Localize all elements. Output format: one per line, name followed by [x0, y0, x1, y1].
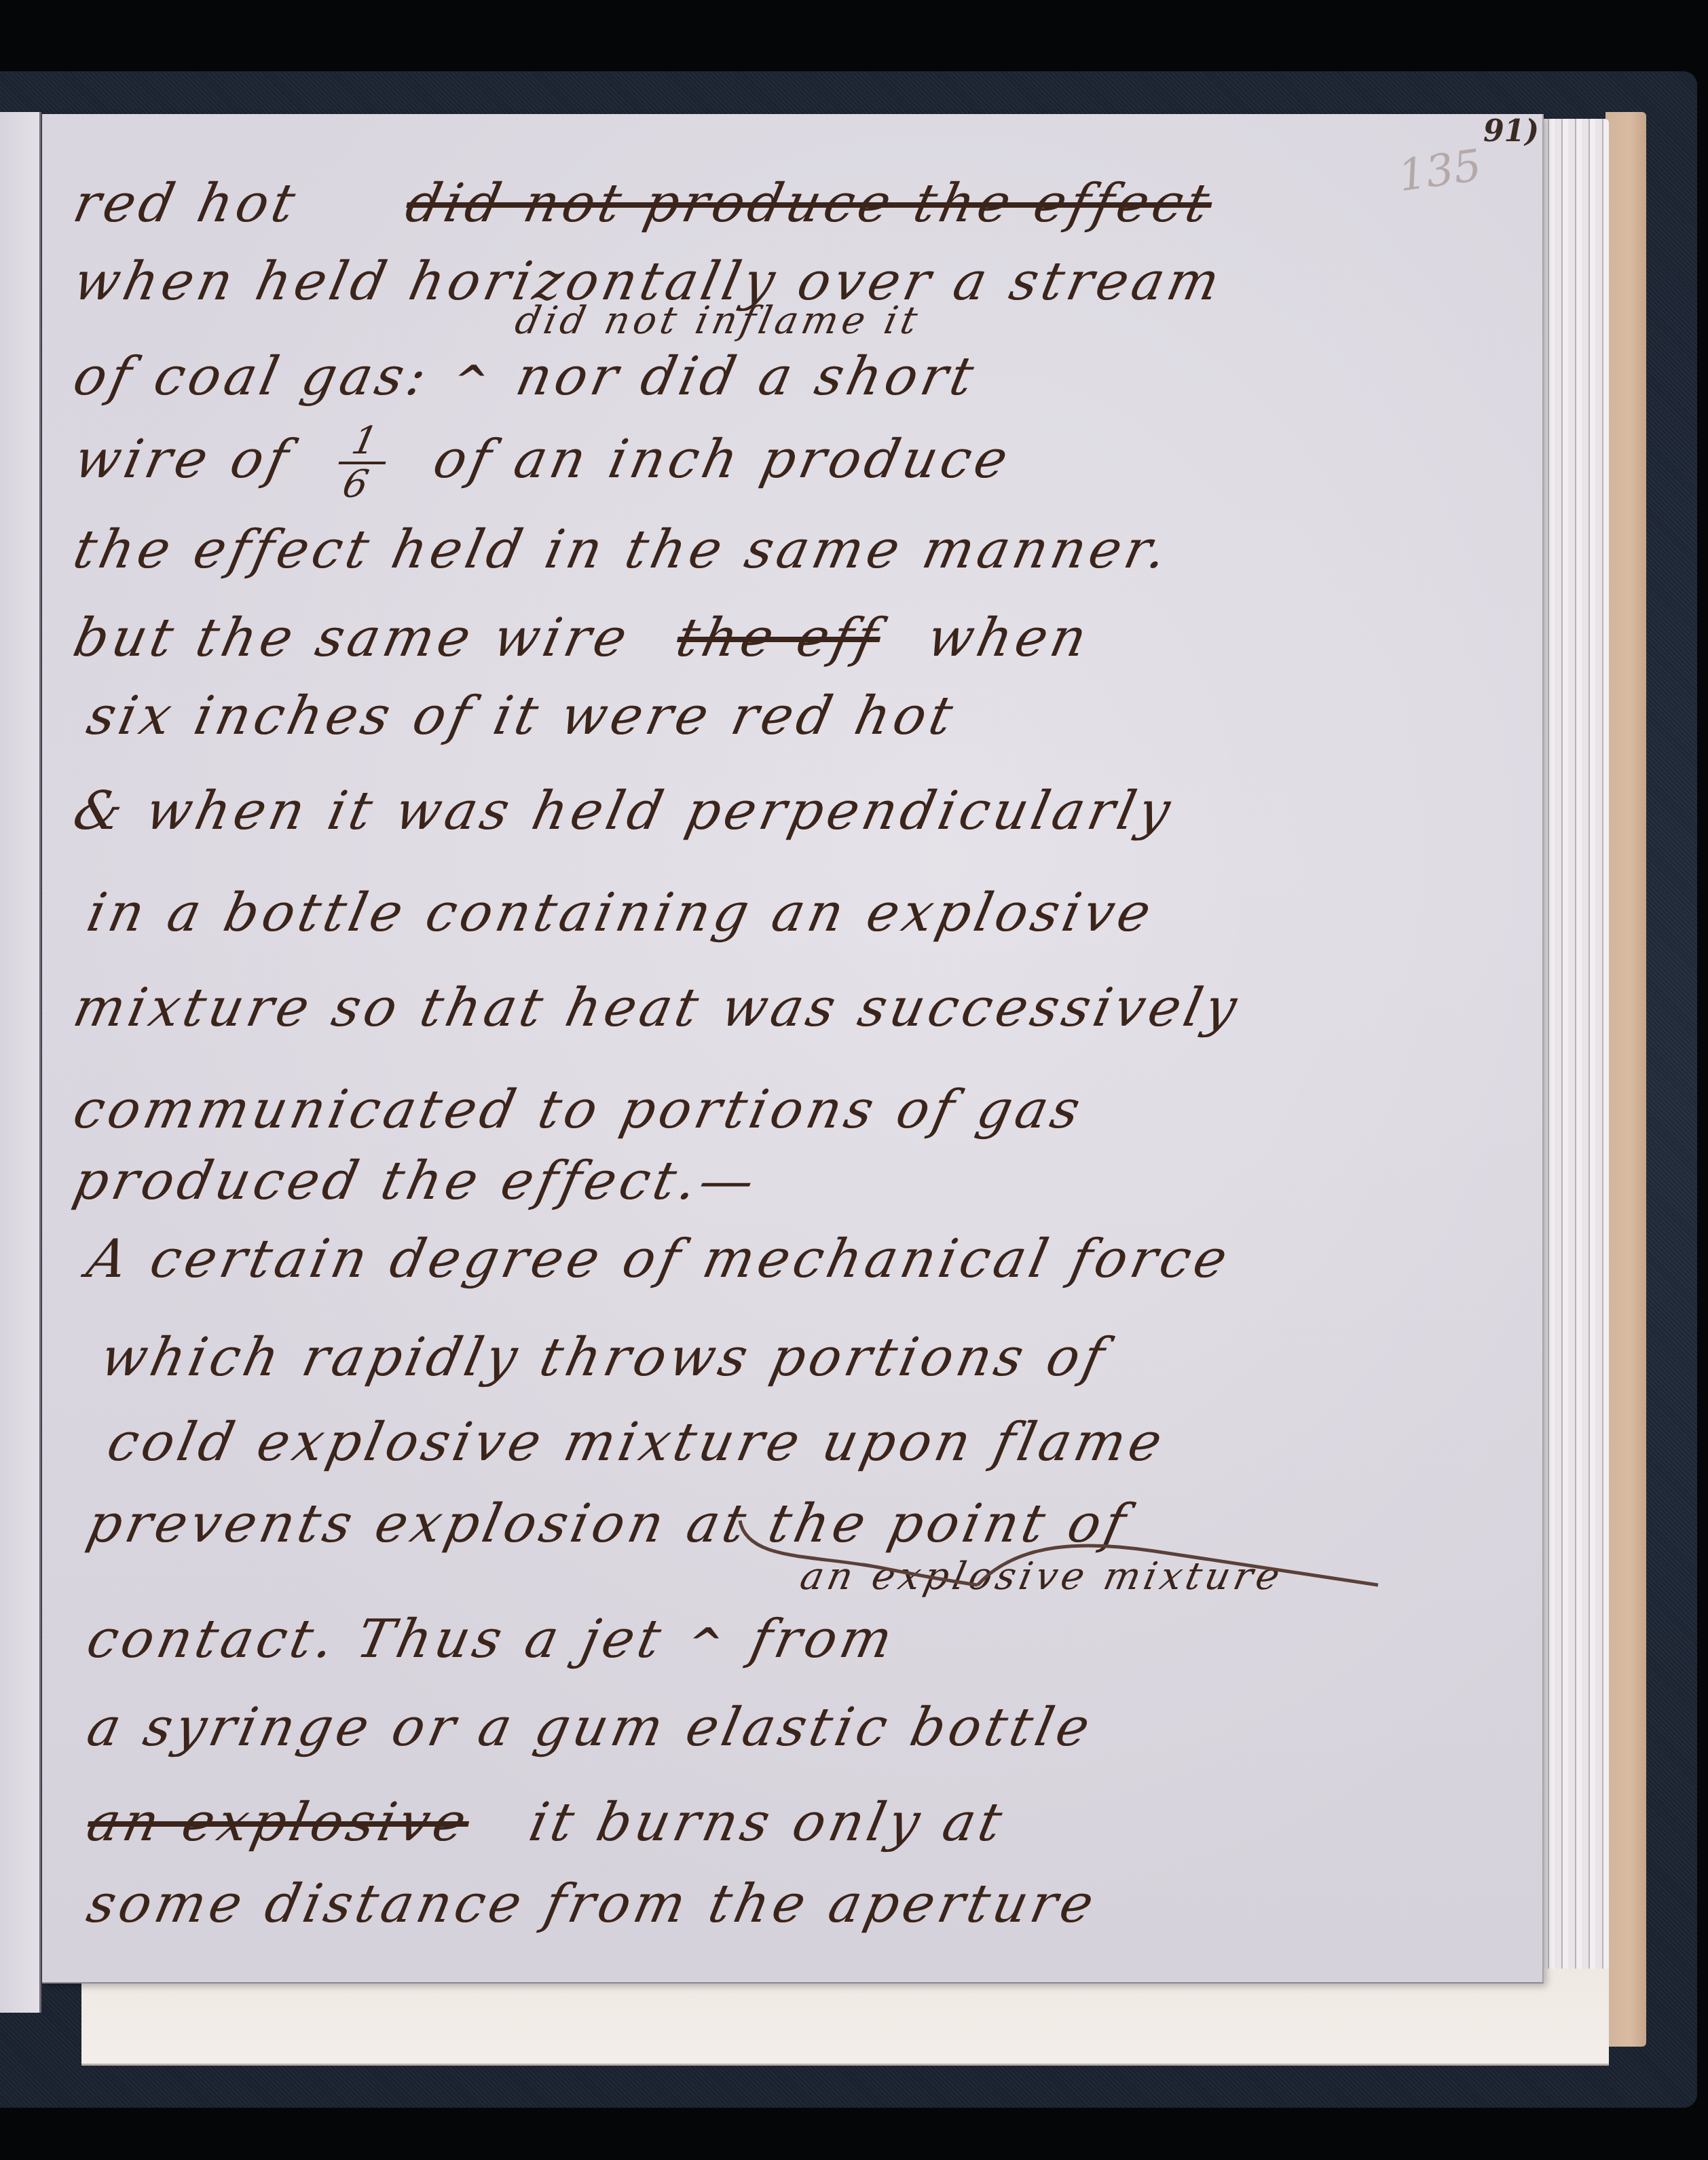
line-text: but the same wire — [68, 608, 636, 669]
struck-text: the eff — [671, 608, 887, 669]
line-text: A certain degree of mechanical force — [81, 1229, 1236, 1290]
manuscript-line-4: of coal gas: ^ nor did a short — [68, 346, 982, 407]
manuscript-line-8: six inches of it were red hot — [81, 686, 962, 747]
fraction: 1 6 — [329, 421, 394, 505]
line-text: six inches of it were red hot — [81, 686, 962, 747]
interlinear-insertion: did not inflame it — [511, 299, 925, 343]
interlinear-text: did not inflame it — [511, 299, 925, 343]
line-text: communicated to portions of gas — [68, 1079, 1089, 1140]
manuscript-line-11: mixture so that heat was successively — [68, 977, 1246, 1039]
line-text: mixture so that heat was successively — [68, 977, 1246, 1039]
manuscript-line-21: an explosive it burns only at — [81, 1792, 1011, 1853]
line-text: of an inch produce — [428, 429, 1017, 490]
fraction-numerator: 1 — [338, 421, 394, 464]
manuscript-line-12: communicated to portions of gas — [68, 1079, 1089, 1140]
manuscript-line-9: & when it was held perpendicularly — [68, 781, 1179, 842]
line-text: when — [922, 608, 1096, 669]
manuscript-line-7: but the same wire the eff when — [68, 608, 1096, 669]
line-text: contact. Thus a jet — [81, 1609, 670, 1670]
line-text: it burns only at — [524, 1792, 1011, 1853]
line-text: & when it was held perpendicularly — [68, 781, 1179, 842]
underlying-pages — [1541, 119, 1609, 2013]
line-text: red hot — [68, 173, 304, 234]
line-text: some distance from the aperture — [81, 1874, 1102, 1935]
insertion-guide-line-icon — [733, 1514, 1385, 1588]
insertion-caret-icon: ^ — [683, 1620, 731, 1667]
manuscript-line-13: produced the effect.— — [68, 1151, 763, 1212]
line-text: the effect held in the same manner. — [68, 519, 1176, 580]
manuscript-line-6: the effect held in the same manner. — [68, 519, 1176, 580]
manuscript-line-5: wire of 1 6 of an inch produce — [66, 421, 1019, 505]
page-block-edge — [1605, 112, 1646, 2047]
manuscript-line-19: contact. Thus a jet ^ from — [81, 1609, 902, 1670]
manuscript-line-22: some distance from the aperture — [81, 1874, 1102, 1935]
manuscript-line-1: red hot did not produce the effect — [68, 173, 1218, 234]
struck-text: did not produce the effect — [401, 173, 1219, 234]
manuscript-line-10: in a bottle containing an explosive — [81, 882, 1159, 944]
fraction-denominator: 6 — [339, 464, 375, 505]
line-text: cold explosive mixture upon flame — [102, 1412, 1171, 1473]
line-text: produced the effect.— — [68, 1151, 763, 1212]
manuscript-line-15: which rapidly throws portions of — [95, 1327, 1113, 1388]
folio-number-ink: 91) — [1483, 114, 1539, 149]
line-text: of coal gas: — [68, 346, 435, 407]
line-text: from — [745, 1609, 902, 1670]
line-text: in a bottle containing an explosive — [81, 882, 1159, 944]
line-text: nor did a short — [511, 346, 983, 407]
manuscript-line-14: A certain degree of mechanical force — [81, 1229, 1236, 1290]
line-text: a syringe or a gum elastic bottle — [81, 1697, 1098, 1758]
line-text: wire of — [69, 429, 298, 490]
manuscript-line-20: a syringe or a gum elastic bottle — [81, 1697, 1098, 1758]
line-text: which rapidly throws portions of — [95, 1327, 1113, 1388]
insertion-caret-icon: ^ — [448, 357, 496, 405]
manuscript-line-16: cold explosive mixture upon flame — [102, 1412, 1171, 1473]
struck-text: an explosive — [81, 1792, 475, 1853]
facing-page-edge — [0, 112, 41, 2013]
